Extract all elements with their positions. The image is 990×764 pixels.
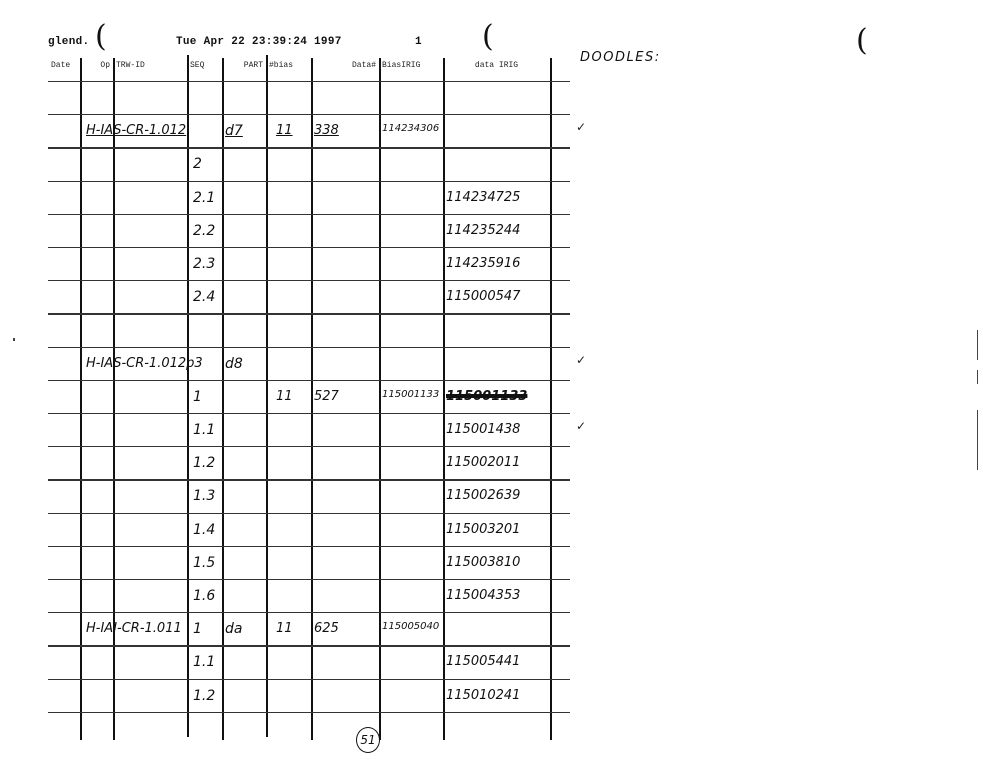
row-divider: [48, 413, 570, 414]
cell-data-irig: 115002011: [446, 455, 520, 470]
row-divider: [48, 380, 570, 381]
cell-seq: 1.4: [193, 522, 215, 538]
cell-seq: 2.4: [193, 289, 215, 305]
cell-seq: 1: [193, 389, 202, 405]
row-divider: [48, 479, 570, 480]
page-number: 1: [415, 36, 422, 48]
cell-trw-id: H-IAS-CR-1.012p3: [86, 356, 203, 371]
row-divider: [48, 579, 570, 580]
cell-data-irig: 115005441: [446, 654, 520, 669]
cell-data-irig: 115001438: [446, 422, 520, 437]
column-header-trw-id: TRW-ID: [116, 61, 184, 70]
row-divider: [48, 347, 570, 348]
row-divider: [48, 645, 570, 646]
scan-artifact: [977, 330, 978, 360]
column-divider: [443, 58, 445, 740]
cell-bias: 11: [276, 123, 293, 138]
cell-seq: 1: [193, 621, 202, 637]
row-divider: [48, 612, 570, 613]
cell-seq: 1.6: [193, 588, 215, 604]
row-divider: [48, 114, 570, 115]
row-divider: [48, 214, 570, 215]
column-header-bias: #bias: [269, 61, 308, 70]
column-header-seq: SEQ: [190, 61, 219, 70]
checkmark-icon: ✓: [576, 419, 586, 433]
cell-data-irig: 115003810: [446, 555, 520, 570]
cell-data-no: 338: [314, 123, 339, 138]
cell-data-no: 527: [314, 389, 339, 404]
cell-data-irig: 115000547: [446, 289, 520, 304]
cell-data-irig: 114234725: [446, 190, 520, 205]
column-divider: [113, 58, 115, 740]
row-divider: [48, 513, 570, 514]
row-divider: [48, 147, 570, 148]
column-divider: [80, 58, 82, 740]
row-divider: [48, 712, 570, 713]
hole-punch-mark: (: [856, 26, 868, 56]
column-divider: [311, 58, 313, 740]
row-divider: [48, 446, 570, 447]
cell-trw-id: H-IAI-CR-1.011: [86, 621, 182, 636]
column-header-date: Date: [51, 61, 77, 70]
column-divider: [187, 55, 189, 737]
scan-artifact: [977, 410, 978, 470]
cell-data-irig: 115004353: [446, 588, 520, 603]
cell-seq: 1.2: [193, 455, 215, 471]
scan-artifact: [13, 338, 15, 341]
column-header-part: PART: [225, 61, 263, 70]
cell-seq: 2.3: [193, 256, 215, 272]
row-divider: [48, 247, 570, 248]
column-divider: [379, 58, 381, 740]
row-divider: [48, 280, 570, 281]
cell-data-no: 625: [314, 621, 339, 636]
cell-seq: 2: [193, 156, 202, 172]
row-divider: [48, 181, 570, 182]
cell-seq: 2.2: [193, 223, 215, 239]
cell-part: da: [225, 621, 242, 637]
cell-data-irig: 115003201: [446, 522, 520, 537]
column-header-op: Op: [83, 61, 110, 70]
column-header-biasirig: BiasIRIG: [382, 61, 440, 70]
checkmark-icon: ✓: [576, 353, 586, 367]
cell-data-irig: 115010241: [446, 688, 520, 703]
checkmark-icon: ✓: [576, 120, 586, 134]
cell-data-irig: 115002639: [446, 488, 520, 503]
cell-bias-irig: 114234306: [382, 123, 439, 134]
cell-part: d8: [225, 356, 243, 372]
cell-data-irig-crossed-out: 115001133: [446, 389, 527, 404]
cell-bias: 11: [276, 621, 293, 636]
cell-seq: 1.3: [193, 488, 215, 504]
scan-artifact: [977, 370, 978, 384]
timestamp: Tue Apr 22 23:39:24 1997: [176, 36, 342, 48]
hole-punch-mark: (: [482, 22, 494, 52]
cell-trw-id: H-IAS-CR-1.012: [86, 123, 186, 138]
cell-data-irig: 114235916: [446, 256, 520, 271]
page-stamp-number: 51: [360, 733, 375, 747]
page-stamp: 51: [356, 727, 380, 753]
cell-part: d7: [225, 123, 243, 139]
column-header-data: Data#: [314, 61, 376, 70]
cell-seq: 2.1: [193, 190, 215, 206]
column-divider: [550, 58, 552, 740]
cell-seq: 1.1: [193, 422, 215, 438]
row-divider: [48, 679, 570, 680]
cell-data-irig: 114235244: [446, 223, 520, 238]
cell-bias: 11: [276, 389, 293, 404]
hole-punch-mark: (: [95, 22, 107, 52]
margin-note: DOODLES:: [580, 50, 661, 65]
cell-seq: 1.1: [193, 654, 215, 670]
column-divider: [266, 55, 268, 737]
cell-bias-irig: 115001133: [382, 389, 439, 400]
row-divider: [48, 313, 570, 314]
row-divider: [48, 546, 570, 547]
user-name: glend.: [48, 36, 89, 48]
cell-seq: 1.5: [193, 555, 215, 571]
column-divider: [222, 58, 224, 740]
cell-seq: 1.2: [193, 688, 215, 704]
column-header-data-irig: data IRIG: [446, 61, 547, 70]
cell-bias-irig: 115005040: [382, 621, 439, 632]
row-divider: [48, 81, 570, 82]
